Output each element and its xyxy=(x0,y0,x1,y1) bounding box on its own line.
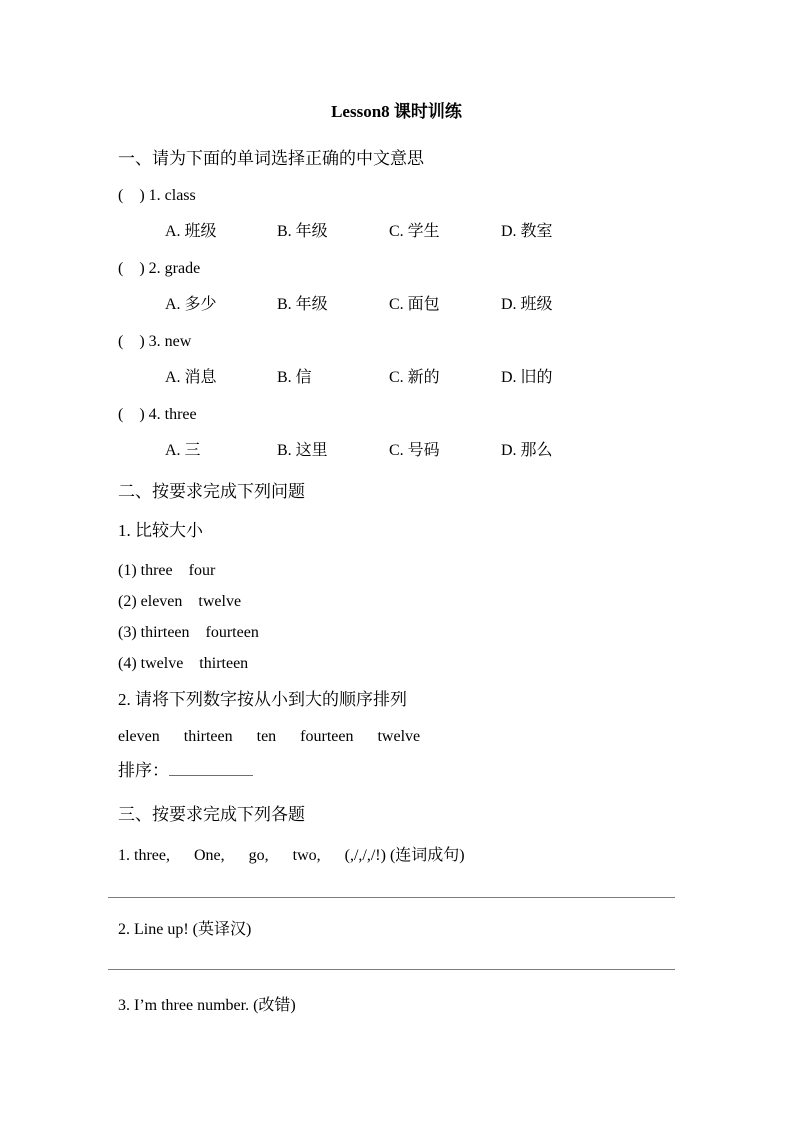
section-3-heading: 三、按要求完成下列各题 xyxy=(118,805,675,825)
s1-question-3-stem: ( ) 3. new xyxy=(118,332,675,352)
s1-question-1-stem: ( ) 1. class xyxy=(118,186,675,206)
sort-answer-blank xyxy=(169,760,253,776)
s1-question-1-options: A. 班级 B. 年级 C. 学生 D. 教室 xyxy=(118,222,675,242)
compare-item-1: (1) three four xyxy=(118,561,675,581)
answer-line-2 xyxy=(108,969,675,970)
s2-task-1-label: 1. 比较大小 xyxy=(118,521,675,541)
option-b: B. 信 xyxy=(277,368,389,388)
option-b: B. 年级 xyxy=(277,295,389,315)
s1-question-4-options: A. 三 B. 这里 C. 号码 D. 那么 xyxy=(118,441,675,461)
option-c: C. 号码 xyxy=(389,441,501,461)
sort-answer-row: 排序： xyxy=(118,760,675,782)
sort-label: 排序： xyxy=(118,761,169,780)
compare-item-2: (2) eleven twelve xyxy=(118,592,675,612)
s1-question-4-stem: ( ) 4. three xyxy=(118,405,675,425)
worksheet-title: Lesson8 课时训练 xyxy=(118,101,675,122)
compare-item-4: (4) twelve thirteen xyxy=(118,654,675,674)
option-a: A. 三 xyxy=(165,441,277,461)
option-a: A. 班级 xyxy=(165,222,277,242)
number-words-list: eleven thirteen ten fourteen twelve xyxy=(118,727,675,747)
option-a: A. 多少 xyxy=(165,295,277,315)
option-c: C. 学生 xyxy=(389,222,501,242)
section-2-heading: 二、按要求完成下列问题 xyxy=(118,482,675,502)
s3-question-2: 2. Line up! (英译汉) xyxy=(118,920,675,940)
answer-line-1 xyxy=(108,897,675,898)
option-c: C. 面包 xyxy=(389,295,501,315)
s1-question-2-stem: ( ) 2. grade xyxy=(118,259,675,279)
s3-question-3: 3. I’m three number. (改错) xyxy=(118,996,675,1016)
section-1-heading: 一、请为下面的单词选择正确的中文意思 xyxy=(118,149,675,169)
compare-item-3: (3) thirteen fourteen xyxy=(118,623,675,643)
option-d: D. 教室 xyxy=(501,222,553,242)
option-d: D. 那么 xyxy=(501,441,553,461)
s1-question-3-options: A. 消息 B. 信 C. 新的 D. 旧的 xyxy=(118,368,675,388)
option-c: C. 新的 xyxy=(389,368,501,388)
option-b: B. 这里 xyxy=(277,441,389,461)
option-b: B. 年级 xyxy=(277,222,389,242)
option-d: D. 班级 xyxy=(501,295,553,315)
worksheet-page: Lesson8 课时训练 一、请为下面的单词选择正确的中文意思 ( ) 1. c… xyxy=(0,0,793,1122)
s1-question-2-options: A. 多少 B. 年级 C. 面包 D. 班级 xyxy=(118,295,675,315)
option-a: A. 消息 xyxy=(165,368,277,388)
option-d: D. 旧的 xyxy=(501,368,553,388)
s3-question-1: 1. three, One, go, two, (,/,/,/!) (连词成句) xyxy=(118,846,675,866)
s2-task-2-label: 2. 请将下列数字按从小到大的顺序排列 xyxy=(118,690,675,710)
